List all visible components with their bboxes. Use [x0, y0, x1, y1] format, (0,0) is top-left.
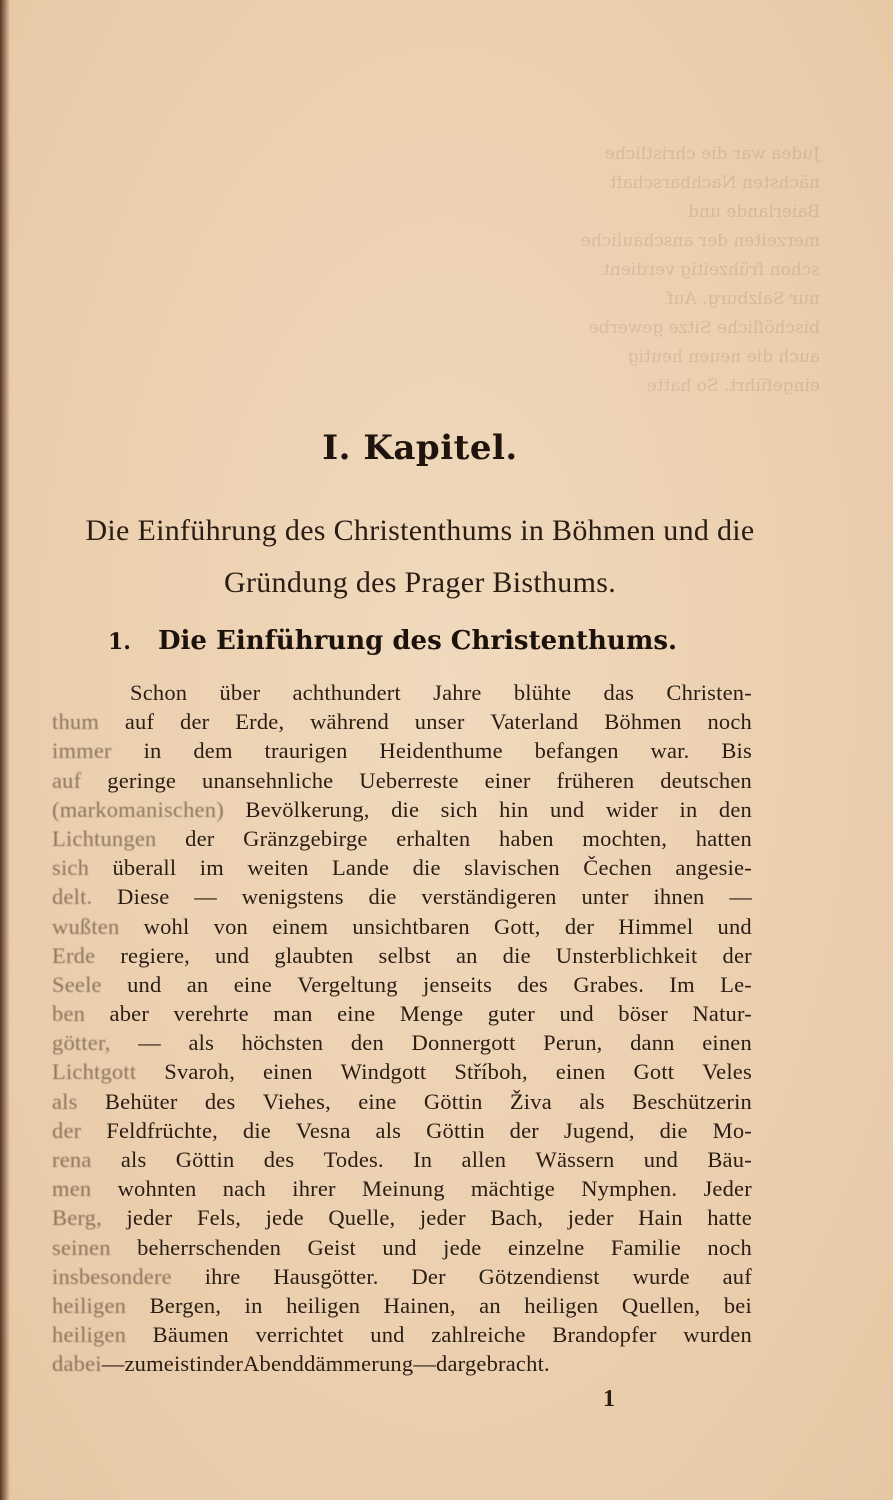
show-through-text: Judea war die christliche nächsten Nachb… [560, 140, 820, 401]
body-line: alsBehüterdesViehes,eineGöttinŽivaalsBes… [52, 1087, 752, 1116]
body-line: götter,—alshöchstendenDonnergottPerun,da… [52, 1028, 752, 1057]
chapter-heading: I. Kapitel. [0, 428, 840, 468]
page-number: 1 [603, 1386, 615, 1413]
body-line: heiligenBäumenverrichtetundzahlreicheBra… [52, 1320, 752, 1349]
body-paragraph: SchonüberachthundertJahreblühtedasChrist… [52, 678, 752, 1379]
body-line: LichtungenderGränzgebirgeerhaltenhabenmo… [52, 824, 752, 853]
body-line: delt.Diese—wenigstensdieverständigerenun… [52, 882, 752, 911]
book-page: Judea war die christliche nächsten Nachb… [0, 0, 893, 1500]
chapter-subtitle-line-1: Die Einführung des Christenthums in Böhm… [70, 505, 770, 557]
body-line: heiligenBergen,inheiligenHainen,anheilig… [52, 1291, 752, 1320]
body-line: wußtenwohlvoneinemunsichtbarenGott,derHi… [52, 912, 752, 941]
section-number: 1. [108, 629, 158, 655]
body-line: aufgeringeunansehnlicheUeberresteeinerfr… [52, 766, 752, 795]
chapter-subtitle-line-2: Gründung des Prager Bisthums. [70, 557, 770, 609]
body-line: renaalsGöttindesTodes.InallenWässernundB… [52, 1145, 752, 1174]
section-title: Die Einführung des Christenthums. [158, 626, 677, 656]
body-line: Berg,jederFels,jedeQuelle,jederBach,jede… [52, 1203, 752, 1232]
body-line: derFeldfrüchte,dieVesnaalsGöttinderJugen… [52, 1116, 752, 1145]
body-line: insbesondereihreHausgötter.DerGötzendien… [52, 1262, 752, 1291]
body-line: SchonüberachthundertJahreblühtedasChrist… [52, 678, 752, 707]
body-line: (markomanischen)Bevölkerung,diesichhinun… [52, 795, 752, 824]
section-heading: 1.Die Einführung des Christenthums. [108, 626, 768, 656]
body-line: SeeleundaneineVergeltungjenseitsdesGrabe… [52, 970, 752, 999]
chapter-subtitle: Die Einführung des Christenthums in Böhm… [70, 505, 770, 609]
body-line: benaberverehrtemaneineMengeguterundböser… [52, 999, 752, 1028]
body-line: menwohntennachihrerMeinungmächtigeNymphe… [52, 1174, 752, 1203]
body-line: seinenbeherrschendenGeistundjedeeinzelne… [52, 1233, 752, 1262]
body-line: immerindemtraurigenHeidenthumebefangenwa… [52, 736, 752, 765]
body-line: sichüberallimweitenLandedieslavischenČec… [52, 853, 752, 882]
body-line: thumaufderErde,währendunserVaterlandBöhm… [52, 707, 752, 736]
body-line: Erderegiere,undglaubtenselbstandieUnster… [52, 941, 752, 970]
body-line: LichtgottSvaroh,einenWindgottStříboh,ein… [52, 1057, 752, 1086]
body-line: dabei — zumeist in der Abenddämmerung — … [52, 1349, 752, 1378]
